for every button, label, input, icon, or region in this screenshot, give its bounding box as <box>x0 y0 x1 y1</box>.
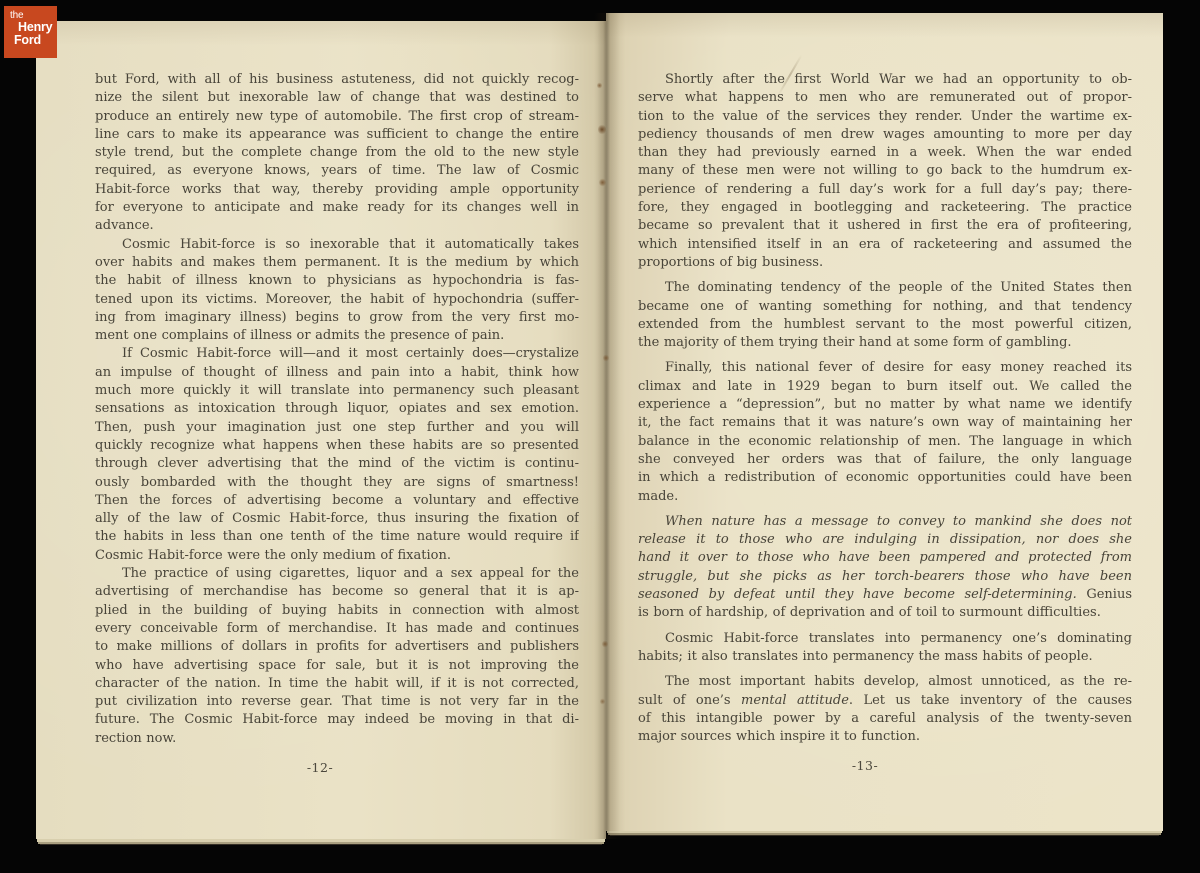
text-line: rection now. <box>95 730 579 748</box>
text-line: Shortly after the first World War we had… <box>638 71 1132 89</box>
text-line: ment one complains of illness or admits … <box>95 327 579 345</box>
book-page-left: but Ford, with all of his business astut… <box>36 21 606 839</box>
text-line: ing from imaginary illness) begins to gr… <box>95 309 579 327</box>
text-line: extended from the humblest servant to th… <box>638 316 1132 334</box>
text-line: for everyone to anticipate and make read… <box>95 199 579 217</box>
text-line: experience a “depression”, but no matter… <box>638 396 1132 414</box>
text-line: serve what happens to men who are remune… <box>638 89 1132 107</box>
paragraph: When nature has a message to convey to m… <box>638 513 1132 623</box>
henry-ford-logo: the Henry Ford <box>4 6 57 58</box>
text-line: produce an entirely new type of automobi… <box>95 108 579 126</box>
text-line: to make millions of dollars in profits f… <box>95 638 579 656</box>
text-line: who have advertising space for sale, but… <box>95 657 579 675</box>
text-line: proportions of big business. <box>638 254 1132 272</box>
paragraph: The dominating tendency of the people of… <box>638 279 1132 352</box>
page-text-right: Shortly after the first World War we had… <box>638 71 1132 746</box>
text-line: advance. <box>95 217 579 235</box>
paragraph: The most important habits develop, almos… <box>638 673 1132 746</box>
text-line: major sources which inspire it to functi… <box>638 728 1132 746</box>
text-line: Habit-force works that way, thereby prov… <box>95 181 579 199</box>
text-line: climax and late in 1929 began to burn it… <box>638 378 1132 396</box>
paragraph: Shortly after the first World War we had… <box>638 71 1132 272</box>
text-line: ally of the law of Cosmic Habit-force, t… <box>95 510 579 528</box>
text-line: but Ford, with all of his business astut… <box>95 71 579 89</box>
text-line: the habits in less than one tenth of the… <box>95 528 579 546</box>
page-number-left: -12- <box>78 760 562 775</box>
page-text-left: but Ford, with all of his business astut… <box>95 71 579 748</box>
text-line: advertising of merchandise has become so… <box>95 583 579 601</box>
text-line: perience of rendering a full day’s work … <box>638 181 1132 199</box>
text-line: many of these men were not willing to go… <box>638 162 1132 180</box>
text-line: release it to those who are indulging in… <box>638 531 1132 549</box>
italic-text-segment: mental attitude <box>741 693 849 708</box>
text-line: required, as everyone knows, years of ti… <box>95 162 579 180</box>
scanned-book-photo: the Henry Ford but Ford, with all of his… <box>0 0 1200 873</box>
text-line: which intensified itself in an era of ra… <box>638 236 1132 254</box>
text-line: Cosmic Habit-force were the only medium … <box>95 547 579 565</box>
text-line: through clever advertising that the mind… <box>95 455 579 473</box>
text-line: the habit of illness known to physicians… <box>95 272 579 290</box>
text-line: plied in the building of buying habits i… <box>95 602 579 620</box>
text-line: put civilization into reverse gear. That… <box>95 693 579 711</box>
text-line: than they had previously earned in a wee… <box>638 144 1132 162</box>
text-line: nize the silent but inexorable law of ch… <box>95 89 579 107</box>
text-line: it, the fact remains that it was nature’… <box>638 414 1132 432</box>
text-line: future. The Cosmic Habit-force may indee… <box>95 711 579 729</box>
text-line: much more quickly it will translate into… <box>95 382 579 400</box>
page-number-right: -13- <box>618 758 1112 773</box>
text-line: the majority of them trying their hand a… <box>638 334 1132 352</box>
text-line: character of the nation. In time the hab… <box>95 675 579 693</box>
italic-text-segment: seasoned by defeat until they have becom… <box>638 587 1077 602</box>
text-line: Then, push your imagination just one ste… <box>95 419 579 437</box>
paragraph: Finally, this national fever of desire f… <box>638 359 1132 505</box>
text-line: The most important habits develop, almos… <box>638 673 1132 691</box>
text-line: made. <box>638 488 1132 506</box>
text-line: Finally, this national fever of desire f… <box>638 359 1132 377</box>
text-line: habits; it also translates into permanen… <box>638 648 1132 666</box>
text-line: balance in the economic relationship of … <box>638 433 1132 451</box>
logo-text-henry: Henry <box>18 21 52 34</box>
text-line: quickly recognize what happens when thes… <box>95 437 579 455</box>
text-line: Then the forces of advertising become a … <box>95 492 579 510</box>
text-line: hand it over to those who have been pamp… <box>638 549 1132 567</box>
text-line: sensations as intoxication through liquo… <box>95 400 579 418</box>
text-line: When nature has a message to convey to m… <box>638 513 1132 531</box>
text-line: of this intangible power by a careful an… <box>638 710 1132 728</box>
text-line: every conceivable form of merchandise. I… <box>95 620 579 638</box>
paragraph: Cosmic Habit-force translates into perma… <box>638 630 1132 667</box>
paragraph: If Cosmic Habit-force will—and it most c… <box>95 345 579 565</box>
text-line: an impulse of thought of illness and pai… <box>95 364 579 382</box>
text-line: sult of one’s mental attitude. Let us ta… <box>638 692 1132 710</box>
text-line: line cars to make its appearance was suf… <box>95 126 579 144</box>
text-line: in which a redistribution of economic op… <box>638 469 1132 487</box>
text-line: style trend, but the complete change fro… <box>95 144 579 162</box>
text-line: If Cosmic Habit-force will—and it most c… <box>95 345 579 363</box>
text-segment: sult of one’s <box>638 693 741 708</box>
text-segment: Genius <box>1077 587 1132 602</box>
text-line: is born of hardship, of deprivation and … <box>638 604 1132 622</box>
book-page-right: Shortly after the first World War we had… <box>606 13 1163 831</box>
text-line: tion to the value of the services they r… <box>638 108 1132 126</box>
text-line: became so prevalent that it ushered in f… <box>638 217 1132 235</box>
text-line: seasoned by defeat until they have becom… <box>638 586 1132 604</box>
text-line: ously bombarded with the thought they ar… <box>95 474 579 492</box>
text-segment: . Let us take inventory of the causes <box>849 693 1132 708</box>
text-line: over habits and makes them permanent. It… <box>95 254 579 272</box>
text-line: tened upon its victims. Moreover, the ha… <box>95 291 579 309</box>
text-line: struggle, but she picks as her torch-bea… <box>638 568 1132 586</box>
paragraph: Cosmic Habit-force is so inexorable that… <box>95 236 579 346</box>
text-segment: is born of hardship, of deprivation and … <box>638 605 1101 620</box>
text-line: The practice of using cigarettes, liquor… <box>95 565 579 583</box>
text-line: pediency thousands of men drew wages amo… <box>638 126 1132 144</box>
text-line: became one of wanting something for noth… <box>638 298 1132 316</box>
paragraph: The practice of using cigarettes, liquor… <box>95 565 579 748</box>
paragraph: but Ford, with all of his business astut… <box>95 71 579 236</box>
text-line: fore, they engaged in bootlegging and ra… <box>638 199 1132 217</box>
text-line: The dominating tendency of the people of… <box>638 279 1132 297</box>
text-line: Cosmic Habit-force is so inexorable that… <box>95 236 579 254</box>
text-line: she conveyed her orders was that of fail… <box>638 451 1132 469</box>
text-line: Cosmic Habit-force translates into perma… <box>638 630 1132 648</box>
logo-text-ford: Ford <box>14 34 41 47</box>
